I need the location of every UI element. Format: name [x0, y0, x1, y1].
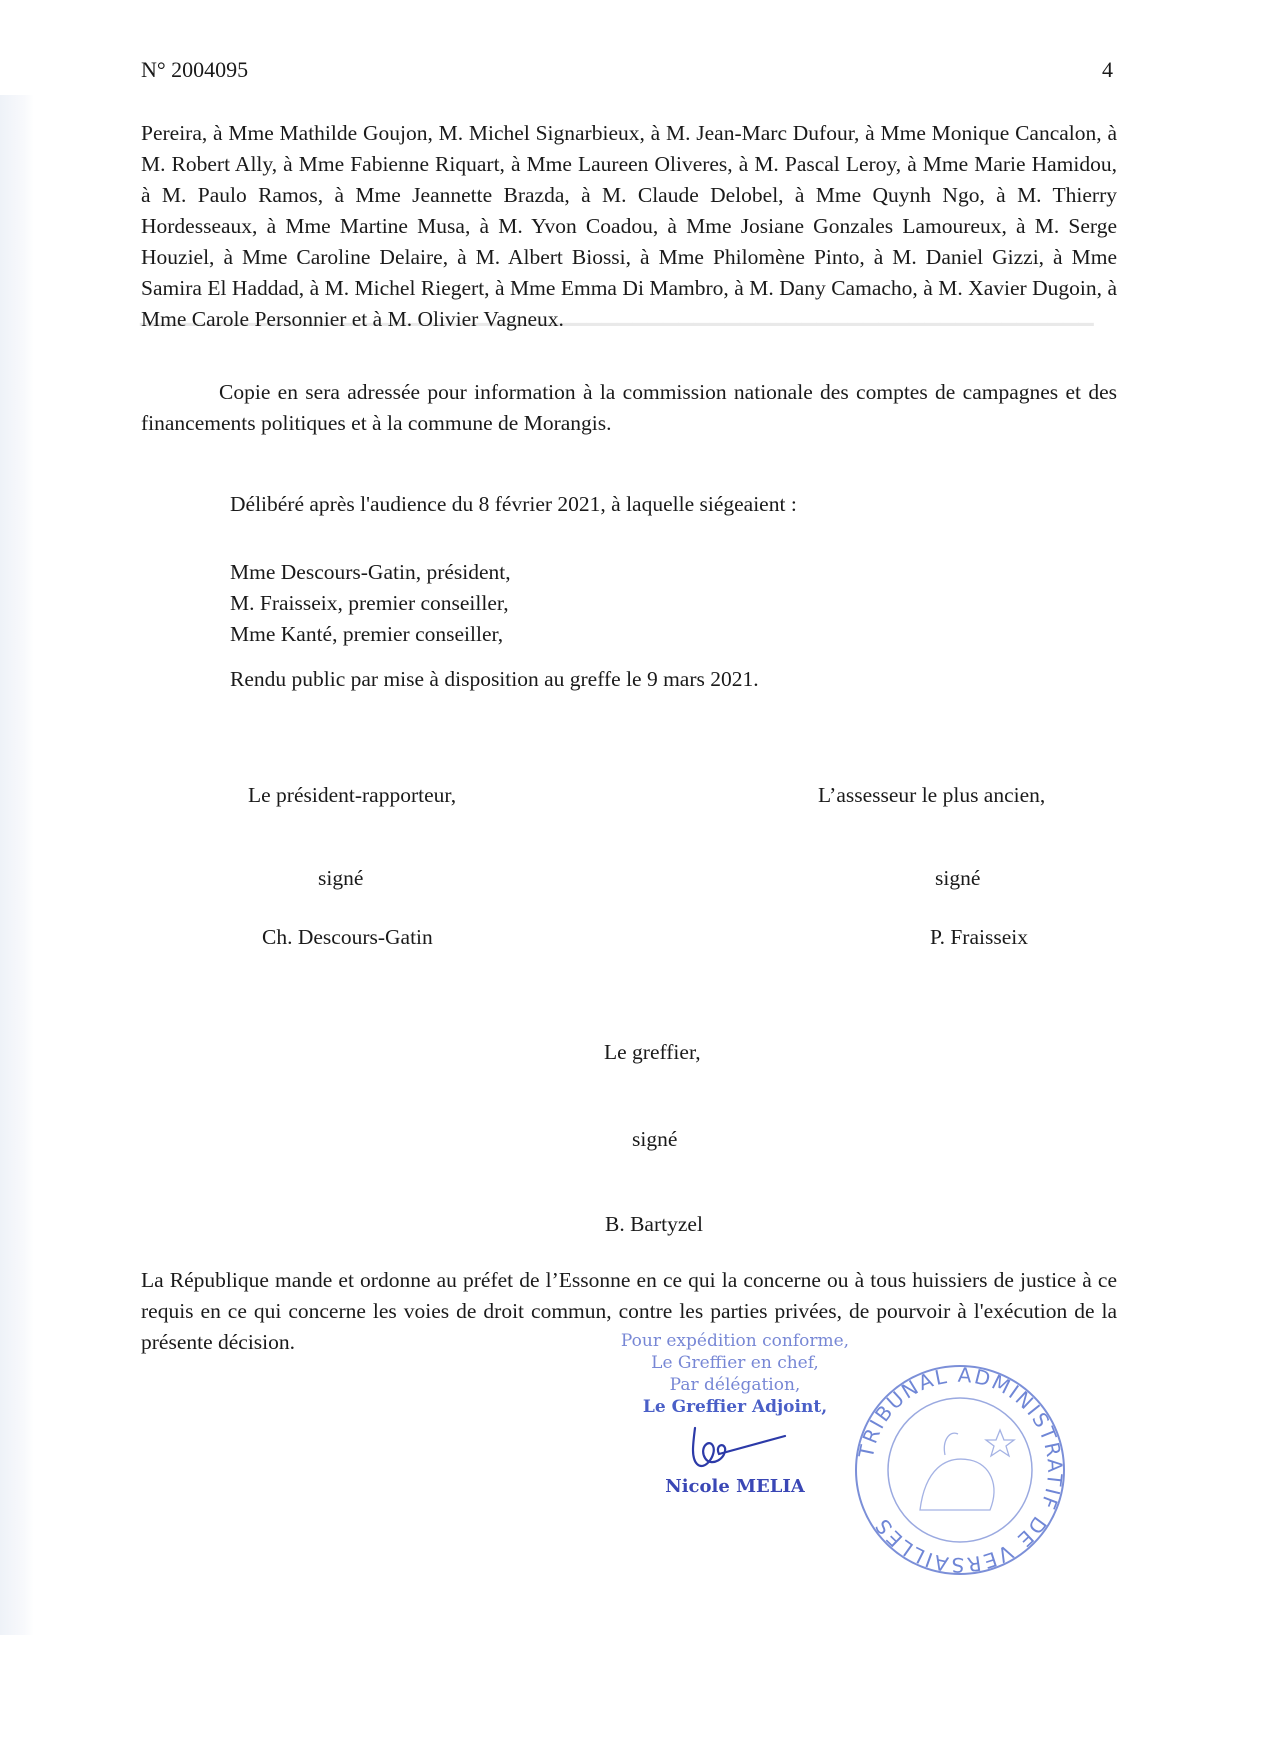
- president-name: Ch. Descours-Gatin: [262, 925, 433, 950]
- page-number: 4: [1102, 57, 1113, 83]
- clerk-title: Le greffier,: [604, 1040, 701, 1065]
- deliberation-line: Délibéré après l'audience du 8 février 2…: [230, 492, 797, 517]
- case-number: N° 2004095: [141, 57, 248, 83]
- stamp-line: Par délégation,: [610, 1374, 860, 1396]
- stamp-line: Pour expédition conforme,: [610, 1330, 860, 1352]
- stamp-line: Le Greffier Adjoint,: [610, 1396, 860, 1418]
- stamp-signer-name: Nicole MELIA: [610, 1476, 860, 1498]
- handwritten-signature-icon: [665, 1424, 805, 1474]
- assessor-signed: signé: [935, 866, 980, 891]
- stamp-line: Le Greffier en chef,: [610, 1352, 860, 1374]
- composition-member: Mme Kanté, premier conseiller,: [230, 619, 511, 650]
- copy-paragraph: Copie en sera adressée pour information …: [141, 377, 1117, 439]
- certification-stamp: Pour expédition conforme, Le Greffier en…: [610, 1330, 860, 1498]
- president-signed: signé: [318, 866, 363, 891]
- clerk-signed: signé: [632, 1127, 677, 1152]
- notification-paragraph: Pereira, à Mme Mathilde Goujon, M. Miche…: [141, 118, 1117, 335]
- composition-member: M. Fraisseix, premier conseiller,: [230, 588, 511, 619]
- composition-member: Mme Descours-Gatin, président,: [230, 557, 511, 588]
- clerk-name: B. Bartyzel: [605, 1212, 703, 1237]
- president-title: Le président-rapporteur,: [248, 783, 456, 808]
- assessor-name: P. Fraisseix: [930, 925, 1028, 950]
- court-composition: Mme Descours-Gatin, président, M. Fraiss…: [230, 557, 511, 650]
- scan-edge-shadow: [0, 95, 34, 1635]
- court-seal-icon: TRIBUNAL ADMINISTRATIF DE VERSAILLES: [850, 1360, 1070, 1580]
- assessor-title: L’assesseur le plus ancien,: [818, 783, 1045, 808]
- publication-line: Rendu public par mise à disposition au g…: [230, 667, 759, 692]
- svg-text:TRIBUNAL ADMINISTRATIF DE VERS: TRIBUNAL ADMINISTRATIF DE VERSAILLES: [854, 1363, 1068, 1577]
